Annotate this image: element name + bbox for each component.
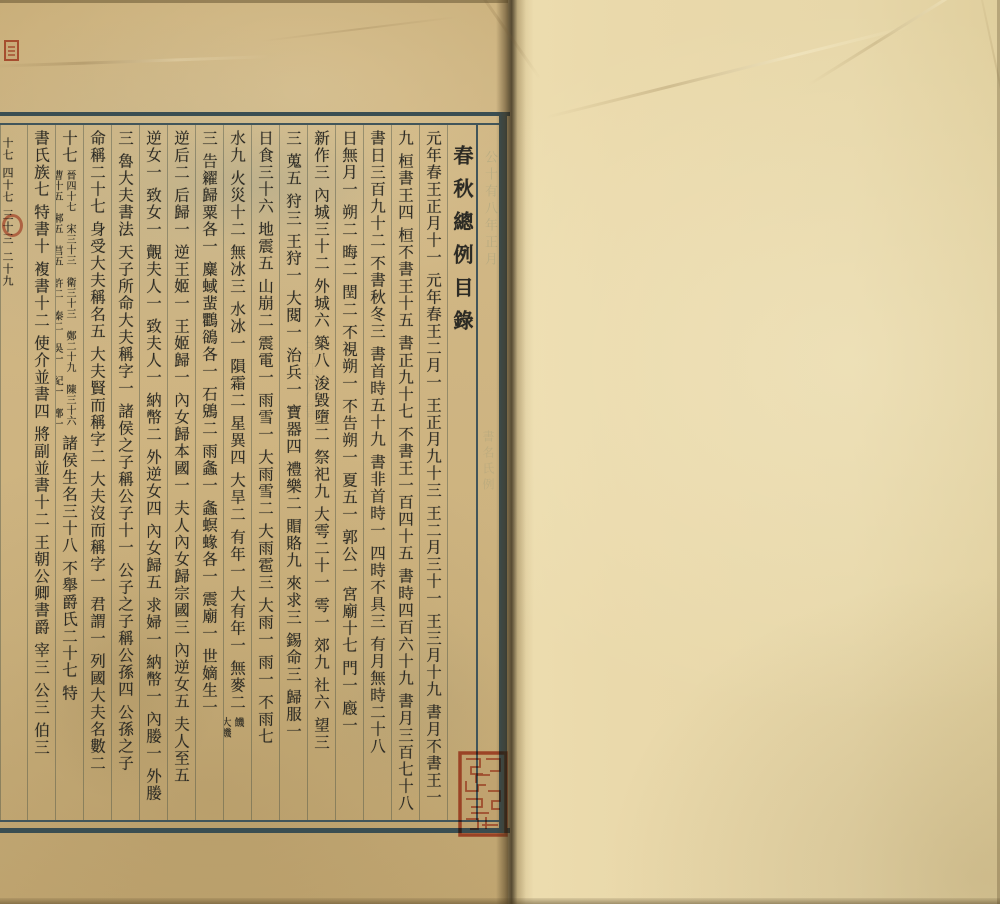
text-column-15: 十七晉四十七 宋三十三 衛三十三 鄭二十九 陳三十六曹十五 邾五 莒五 許二 秦… <box>55 125 83 820</box>
text-column-9: 水九火災十二無冰三水冰一隕霜二星異四大旱二有年一大有年一無麥二饑大饑 <box>223 125 251 820</box>
column-entry: 身受大夫稱名五 <box>88 221 106 340</box>
column-entry: 水九 <box>228 130 246 164</box>
frame-border-top-inner <box>0 123 500 125</box>
column-entry: 書首時五十九 <box>368 346 386 448</box>
column-entry: 王二月三十一 <box>424 505 442 607</box>
column-entry: 雨螽一 <box>200 443 218 494</box>
column-entry: 天子所命大夫稱字一 <box>116 244 134 397</box>
text-column-10: 三告糴歸粟各一麋蜮蜚鸜鵒各一石鶂二雨螽一螽螟蝝各一震廟一世嫡生一 <box>195 125 223 820</box>
paper-crease <box>261 16 460 42</box>
column-entry: 雩一 <box>312 597 330 631</box>
column-entry: 覿夫人一 <box>144 244 162 312</box>
column-entry: 內女歸五 <box>144 523 162 591</box>
column-entry: 有年一 <box>228 529 246 580</box>
column-entry: 魯大夫書法 <box>116 153 134 238</box>
text-column-12: 逆女一致女一覿夫人一致夫人一納幣二外逆女四內女歸五求婦一納幣一內媵一外媵 <box>139 125 167 820</box>
column-entry: 閏二 <box>340 284 358 318</box>
column-entry: 三 <box>284 130 302 147</box>
right-page-blank <box>508 0 1000 904</box>
column-entry: 夫人內女歸宗國三 <box>172 500 190 636</box>
column-entry: 宮廟十七 <box>340 586 358 654</box>
column-entry: 內城三十二 <box>312 187 330 272</box>
column-entry: 晦二 <box>340 244 358 278</box>
paper-crease <box>0 55 270 68</box>
column-entry: 后歸一 <box>172 187 190 238</box>
column-entry: 致夫人一 <box>144 318 162 386</box>
column-entry: 社六 <box>312 677 330 711</box>
text-column-5: 日無月一朔二晦二閏二不視朔一不告朔一夏五一郭公一宮廟十七門一廏一 <box>335 125 363 820</box>
column-entry: 外媵 <box>144 768 162 802</box>
column-entry: 書日三百九十二 <box>368 130 386 249</box>
column-entry: 廏一 <box>340 700 358 734</box>
column-entry: 雨雪一 <box>256 392 274 443</box>
column-entry: 郊九 <box>312 637 330 671</box>
column-entry: 十七 <box>1 137 14 161</box>
column-entry: 使介並書四 <box>32 335 50 420</box>
column-entry: 錫命三 <box>284 632 302 683</box>
text-column-16: 書氏族七特書十複書十二使介並書四將副並書十二王朝公卿書爵宰三公三伯三 <box>27 125 55 820</box>
column-entry: 郭公一 <box>340 529 358 580</box>
column-entry: 無冰三 <box>228 244 246 295</box>
column-entry: 不告朔一 <box>340 398 358 466</box>
column-entry: 禮樂二 <box>284 461 302 512</box>
column-entry: 桓書王四 <box>396 153 414 221</box>
column-entry: 大雨雹三 <box>256 523 274 591</box>
column-entry: 隕霜二 <box>228 358 246 409</box>
column-entry: 外逆女四 <box>144 449 162 517</box>
column-entry: 治兵一 <box>284 347 302 398</box>
column-entry: 麋蜮蜚鸜鵒各一 <box>200 261 218 380</box>
column-entry: 不雨七 <box>256 694 274 745</box>
title-column: 春秋總例目錄 <box>447 125 476 820</box>
column-entry: 公孫之子 <box>116 704 134 772</box>
column-entry: 內媵一 <box>144 711 162 762</box>
column-entry: 寶器四 <box>284 404 302 455</box>
column-entry: 有月無時二十八 <box>368 636 386 755</box>
red-seal-small <box>4 40 19 61</box>
frame-border-bottom-inner <box>0 820 500 822</box>
column-entry: 狩三 <box>284 193 302 227</box>
column-entry: 求婦一 <box>144 597 162 648</box>
column-entry: 王狩一 <box>284 233 302 284</box>
column-entry: 內女歸本國一 <box>172 392 190 494</box>
text-columns: 春秋總例目錄元年春王正月十一元年春王二月一王正月九十三王二月三十一王三月十九書月… <box>0 125 476 820</box>
column-entry: 門一 <box>340 660 358 694</box>
text-column-14: 命稱二十七身受大夫稱名五大夫賢而稱字二大夫沒而稱字一君謂一列國大夫名數二 <box>83 125 111 820</box>
annotation-left: 曹十五 邾五 莒五 許二 秦二 吳一 紀一 鄫一 <box>55 170 62 429</box>
column-entry: 大夫賢而稱字二 <box>88 346 106 465</box>
red-circle-mark <box>2 214 23 237</box>
column-entry: 祭祀九 <box>312 449 330 500</box>
column-entry: 諸侯生名三十八 <box>60 435 78 554</box>
column-entry: 逆王姬一 <box>172 244 190 312</box>
column-entry: 不舉爵氏二十七 <box>60 560 78 679</box>
book-scan: 公十有八年正月 書名氏例 王正月書 春秋總例目錄元年春王正月十一元年春王二月一王… <box>0 0 1000 904</box>
column-entry: 不書王一百四十五 <box>396 426 414 562</box>
column-entry: 書月三百七十八 <box>396 693 414 812</box>
column-entry: 大雩二十一 <box>312 506 330 591</box>
column-entry: 內逆女五 <box>172 642 190 710</box>
column-entry: 十七 <box>60 130 78 164</box>
column-entry: 無麥二 <box>228 660 246 711</box>
column-entry: 築八 <box>312 335 330 369</box>
column-entry: 震電一 <box>256 335 274 386</box>
column-entry: 賵賂九 <box>284 518 302 569</box>
column-entry: 春秋總例目錄 <box>450 145 474 343</box>
column-entry: 書時四百六十九 <box>396 568 414 687</box>
column-entry: 震廟一 <box>200 591 218 642</box>
column-entry: 四十七 <box>1 167 14 203</box>
column-entry: 元年春王二月一 <box>424 272 442 391</box>
column-entry: 蒐五 <box>284 153 302 187</box>
column-entry: 致女一 <box>144 187 162 238</box>
column-entry: 夏五一 <box>340 472 358 523</box>
column-entry: 星異四 <box>228 415 246 466</box>
column-entry: 山崩二 <box>256 278 274 329</box>
column-entry: 王姬歸一 <box>172 318 190 386</box>
column-entry: 日食三十六 <box>256 130 274 215</box>
column-entry: 公子之子稱公孫四 <box>116 562 134 698</box>
column-entry: 歸服一 <box>284 689 302 740</box>
text-column-4: 書日三百九十二不書秋冬三書首時五十九書非首時一四時不具三有月無時二十八 <box>363 125 391 820</box>
column-entry: 伯三 <box>32 722 50 756</box>
column-entry: 書氏族七 <box>32 130 50 198</box>
column-entry: 逆后二 <box>172 130 190 181</box>
book-gutter <box>496 0 526 904</box>
column-entry: 大雨雪二 <box>256 449 274 517</box>
column-entry: 二十九 <box>1 251 14 287</box>
column-entry: 王三月十九 <box>424 613 442 698</box>
annotation-right: 晉四十七 宋三十三 衛三十三 鄭二十九 陳三十六 <box>63 170 75 429</box>
column-entry: 納幣二 <box>144 392 162 443</box>
column-entry: 水冰一 <box>228 301 246 352</box>
column-entry: 書非首時一 <box>368 454 386 539</box>
column-entry: 告糴歸粟各一 <box>200 153 218 255</box>
annotation-right: 饑 <box>231 717 243 738</box>
column-entry: 納幣一 <box>144 654 162 705</box>
column-entry: 地震五 <box>256 221 274 272</box>
frame-border-bottom-outer <box>0 828 510 833</box>
column-entry: 不視朔一 <box>340 324 358 392</box>
column-entry: 元年春王正月十一 <box>424 130 442 266</box>
frame-border-top-outer <box>0 112 510 116</box>
column-entry: 不書秋冬三 <box>368 255 386 340</box>
column-entry: 浚毀墮二 <box>312 375 330 443</box>
column-entry: 王正月九十三 <box>424 397 442 499</box>
text-column-2: 元年春王正月十一元年春王二月一王正月九十三王二月三十一王三月十九書月不書王一百 <box>419 125 447 820</box>
column-entry: 望三 <box>312 717 330 751</box>
column-entry: 大有年一 <box>228 586 246 654</box>
column-entry: 宰三 <box>32 642 50 676</box>
column-entry: 大旱二 <box>228 472 246 523</box>
column-entry: 特 <box>60 685 78 702</box>
text-column-13: 三魯大夫書法天子所命大夫稱字一諸侯之子稱公子十一公子之子稱公孫四公孫之子 <box>111 125 139 820</box>
column-entry: 諸侯之子稱公子十一 <box>116 403 134 556</box>
text-column-11: 逆后二后歸一逆王姬一王姬歸一內女歸本國一夫人內女歸宗國三內逆女五夫人至五 <box>167 125 195 820</box>
column-entry: 大閱一 <box>284 290 302 341</box>
column-entry: 大雨一 <box>256 597 274 648</box>
column-entry: 三 <box>116 130 134 147</box>
column-entry: 外城六 <box>312 278 330 329</box>
column-entry: 列國大夫名數二 <box>88 653 106 772</box>
text-column-8: 日食三十六地震五山崩二震電一雨雪一大雨雪二大雨雹三大雨一雨一不雨七 <box>251 125 279 820</box>
column-entry: 火災十二 <box>228 170 246 238</box>
column-entry: 世嫡生一 <box>200 648 218 716</box>
column-entry: 來求三 <box>284 575 302 626</box>
text-column-3: 九桓書王四桓不書王十五書正九十七不書王一百四十五書時四百六十九書月三百七十八 <box>391 125 419 820</box>
column-entry: 特書十 <box>32 204 50 255</box>
column-entry: 雨一 <box>256 654 274 688</box>
column-entry: 書正九十七 <box>396 335 414 420</box>
column-entry: 日無月一 <box>340 130 358 198</box>
column-entry: 螽螟蝝各一 <box>200 500 218 585</box>
column-entry: 逆女一 <box>144 130 162 181</box>
column-entry: 命稱二十七 <box>88 130 106 215</box>
column-entry: 新作三 <box>312 130 330 181</box>
column-entry: 將副並書十二 <box>32 426 50 528</box>
column-entry: 九 <box>396 130 414 147</box>
annotation-left: 大饑 <box>223 717 230 738</box>
frame-border-right-inner <box>476 123 478 822</box>
text-column-7: 三蒐五狩三王狩一大閱一治兵一寶器四禮樂二賵賂九來求三錫命三歸服一 <box>279 125 307 820</box>
column-entry: 複書十二 <box>32 261 50 329</box>
column-entry: 君謂一 <box>88 596 106 647</box>
column-entry: 三 <box>200 130 218 147</box>
small-annotation: 晉四十七 宋三十三 衛三十三 鄭二十九 陳三十六曹十五 邾五 莒五 許二 秦二 … <box>55 170 75 429</box>
text-column-6: 新作三內城三十二外城六築八浚毀墮二祭祀九大雩二十一雩一郊九社六望三 <box>307 125 335 820</box>
column-entry: 大夫沒而稱字一 <box>88 471 106 590</box>
column-entry: 石鶂二 <box>200 386 218 437</box>
column-entry: 公三 <box>32 682 50 716</box>
column-entry: 朔二 <box>340 204 358 238</box>
column-entry: 王朝公卿書爵 <box>32 534 50 636</box>
column-entry: 四時不具三 <box>368 545 386 630</box>
column-entry: 桓不書王十五 <box>396 227 414 329</box>
column-entry: 夫人至五 <box>172 716 190 784</box>
small-annotation: 饑大饑 <box>223 717 243 738</box>
